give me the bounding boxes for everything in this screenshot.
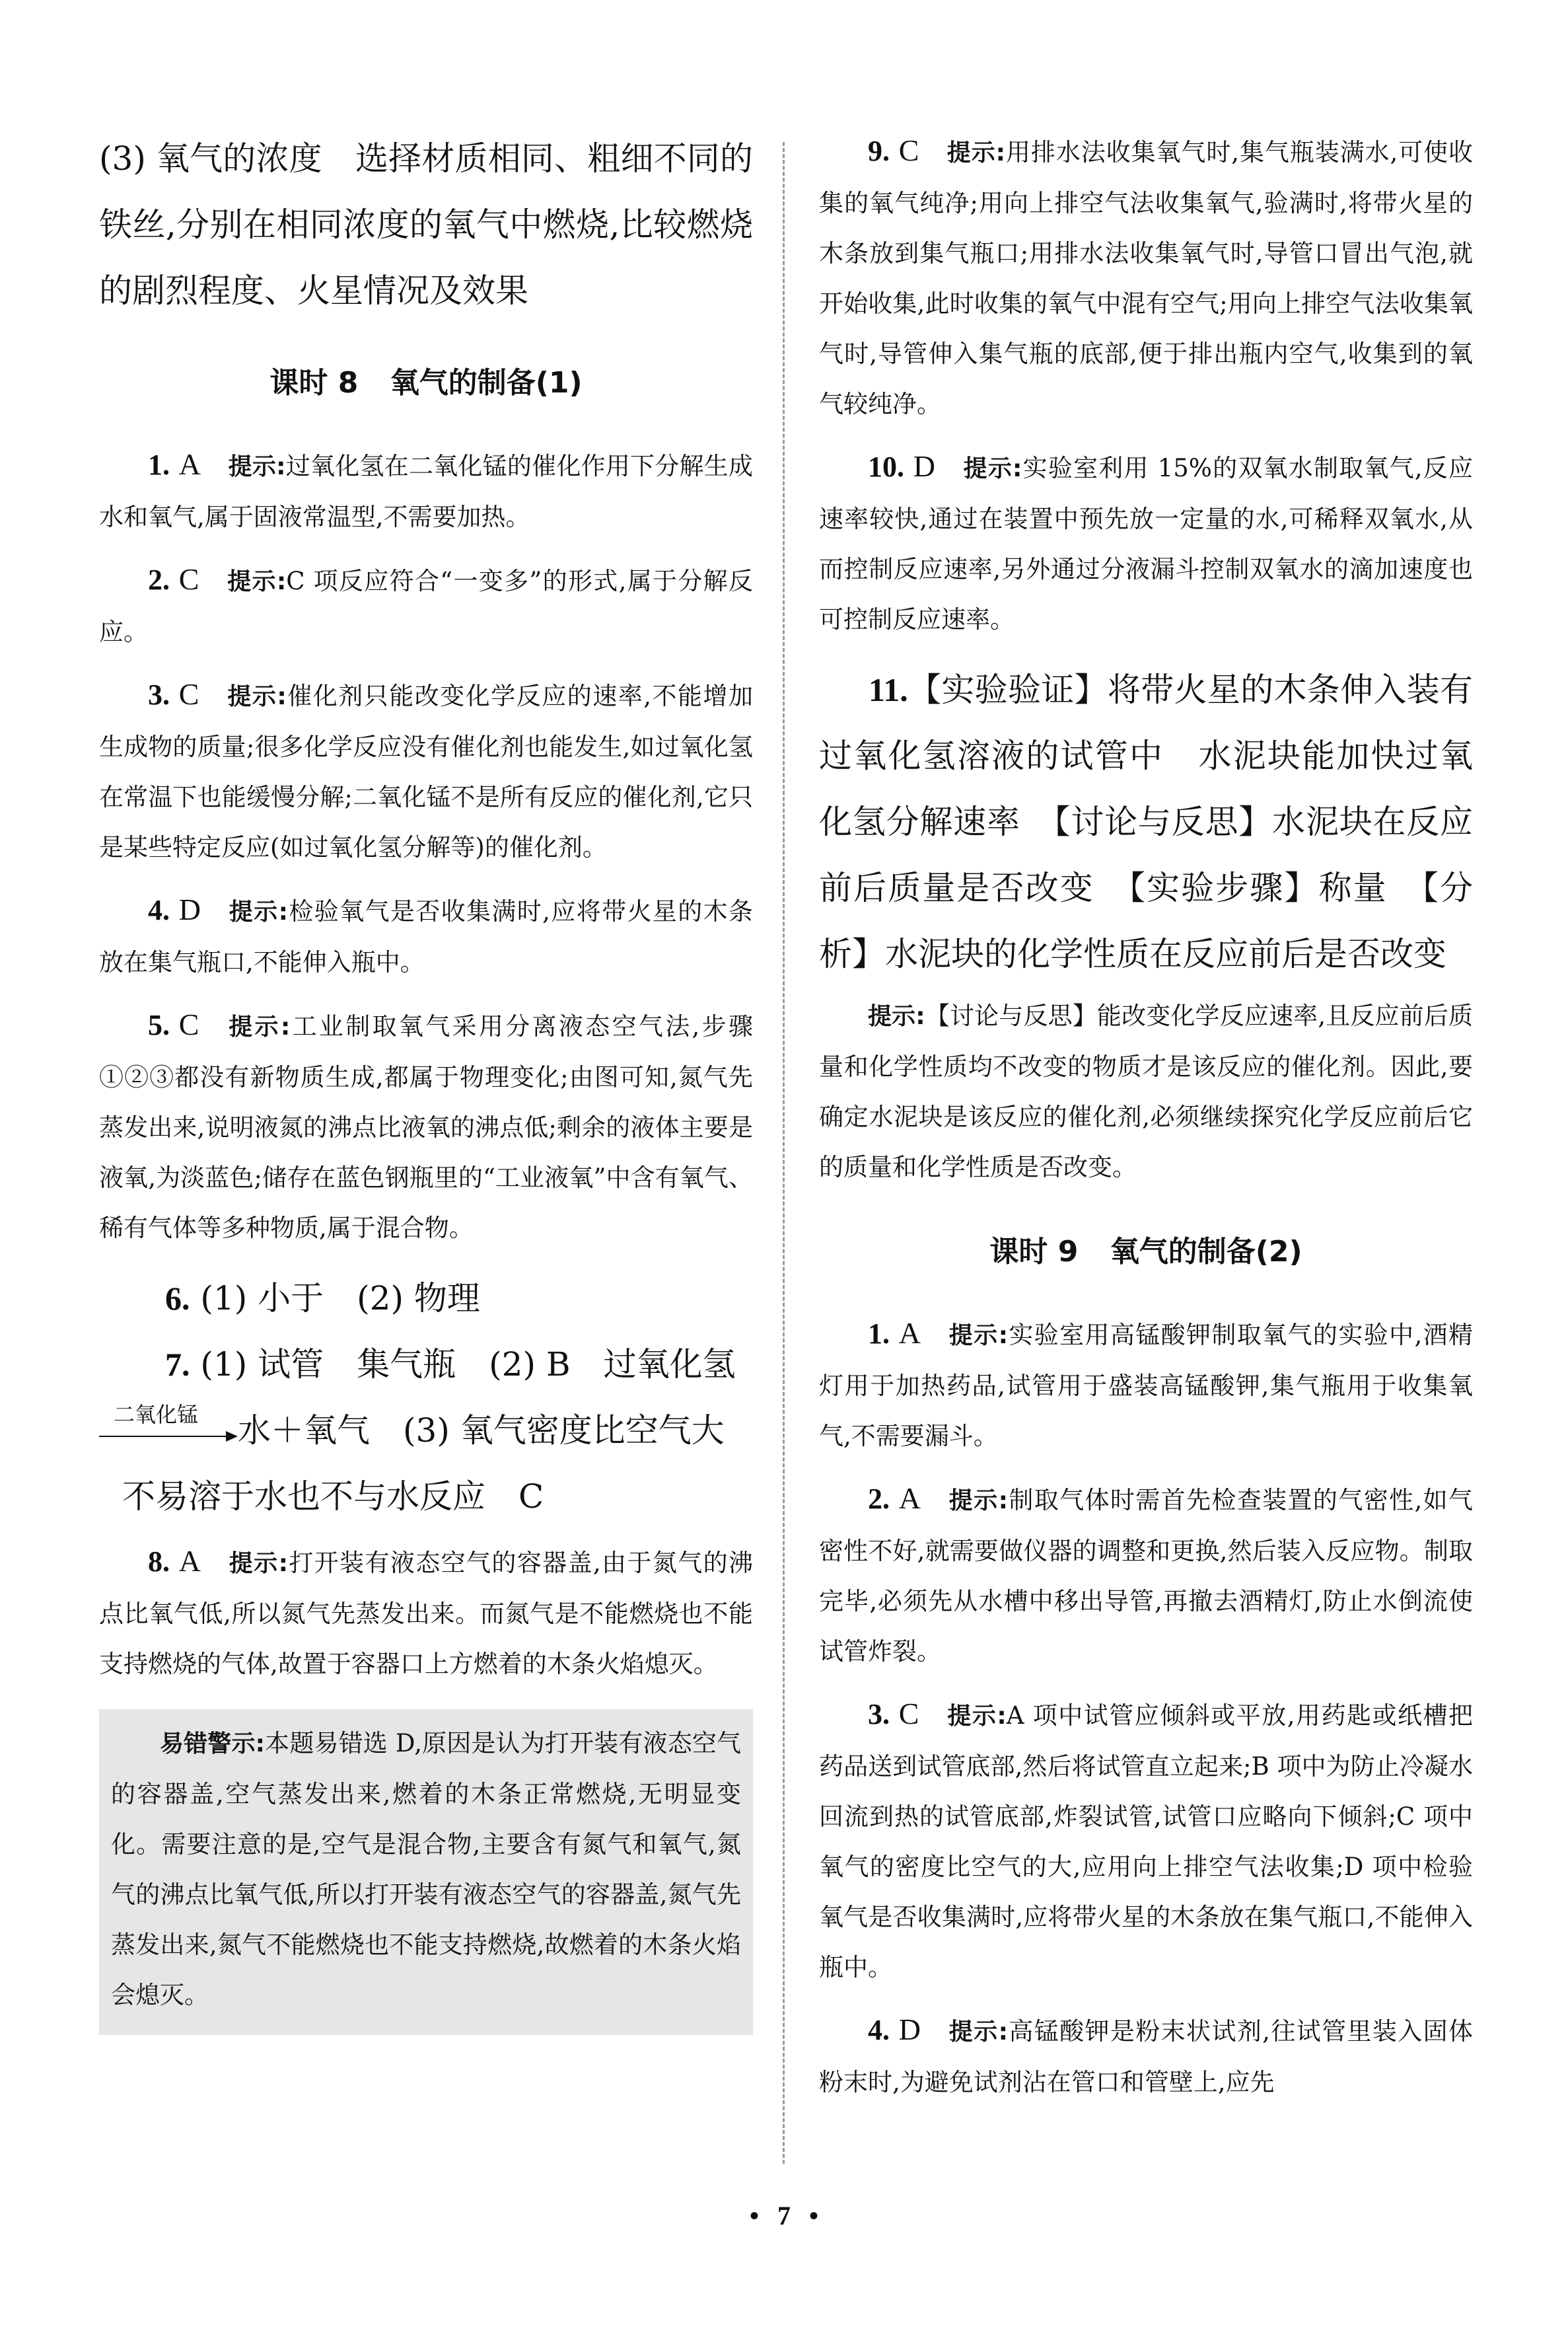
answer-item: 2.A提示:制取气体时需首先检查装置的气密性,如气密性不好,就需要做仪器的调整和… [819, 1473, 1473, 1677]
section-name: 氧气的制备(2) [1110, 1235, 1302, 1269]
answer-item: 4.D提示:检验氧气是否收集满时,应将带火星的木条放在集气瓶口,不能伸入瓶中。 [99, 885, 753, 988]
answer-item: 1.A提示:实验室用高锰酸钾制取氧气的实验中,酒精灯用于加热药品,试管用于盛装高… [819, 1308, 1473, 1461]
answer-item: 3.C提示:催化剂只能改变化学反应的速率,不能增加生成物的质量;很多化学反应没有… [99, 669, 753, 873]
column-divider [783, 142, 785, 2164]
answer-item-7-line1: 7. (1) 试管 集气瓶 (2) B 过氧化氢 [99, 1331, 753, 1397]
answer-item-7-line3: 不易溶于水也不与水反应 C [99, 1463, 753, 1530]
warning-text: 本题易错选 D,原因是认为打开装有液态空气的容器盖,空气蒸发出来,燃着的木条正常… [111, 1729, 741, 2009]
answer-item-11-tip: 提示:【讨论与反思】能改变化学反应速率,且反应前后质量和化学性质均不改变的物质才… [819, 991, 1473, 1193]
answer-item: 10.D提示:实验室利用 15%的双氧水制取氧气,反应速率较快,通过在装置中预先… [819, 441, 1473, 645]
section-name: 氧气的制备(1) [390, 366, 583, 400]
section-title-lesson-9: 课时 9氧气的制备(2) [819, 1232, 1473, 1272]
reaction-arrow-icon: 二氧化锰 [99, 1397, 238, 1463]
answer-item-6: 6. (1) 小于(2) 物理 [99, 1265, 753, 1331]
left-column: (3) 氧气的浓度 选择材质相同、粗细不同的铁丝,分别在相同浓度的氧气中燃烧,比… [99, 126, 753, 2035]
section-title-lesson-8: 课时 8氧气的制备(1) [99, 363, 753, 403]
answer-item-7-equation: 二氧化锰 水＋氧气 (3) 氧气密度比空气大 [99, 1397, 753, 1463]
answer-item: 3.C提示:A 项中试管应倾斜或平放,用药匙或纸槽把药品送到试管底部,然后将试管… [819, 1689, 1473, 1993]
answer-item: 8.A提示:打开装有液态空气的容器盖,由于氮气的沸点比氧气低,所以氮气先蒸发出来… [99, 1536, 753, 1689]
right-column: 9.C提示:用排水法收集氧气时,集气瓶装满水,可使收集的氧气纯净;用向上排空气法… [819, 126, 1473, 2120]
answer-item-11: 11.【实验验证】将带火星的木条伸入装有过氧化氢溶液的试管中 水泥块能加快过氧化… [819, 657, 1473, 987]
section-prefix: 课时 8 [269, 366, 358, 400]
answer-item: 1.A提示:过氧化氢在二氧化锰的催化作用下分解生成水和氧气,属于固液常温型,不需… [99, 439, 753, 542]
common-mistake-box: 易错警示:本题易错选 D,原因是认为打开装有液态空气的容器盖,空气蒸发出来,燃着… [99, 1709, 753, 2035]
section-prefix: 课时 9 [989, 1235, 1078, 1269]
carry-over-answer: (3) 氧气的浓度 选择材质相同、粗细不同的铁丝,分别在相同浓度的氧气中燃烧,比… [99, 126, 753, 324]
catalyst-condition: 二氧化锰 [114, 1403, 198, 1426]
answer-item: 9.C提示:用排水法收集氧气时,集气瓶装满水,可使收集的氧气纯净;用向上排空气法… [819, 126, 1473, 429]
answer-item: 5.C提示:工业制取氧气采用分离液态空气法,步骤①②③都没有新物质生成,都属于物… [99, 1000, 753, 1253]
answer-item: 4.D提示:高锰酸钾是粉末状试剂,往试管里装入固体粉末时,为避免试剂沾在管口和管… [819, 2005, 1473, 2108]
warning-label: 易错警示: [160, 1730, 265, 1757]
page-number: •7• [0, 2200, 1568, 2231]
answer-item: 2.C提示:C 项反应符合“一变多”的形式,属于分解反应。 [99, 554, 753, 657]
